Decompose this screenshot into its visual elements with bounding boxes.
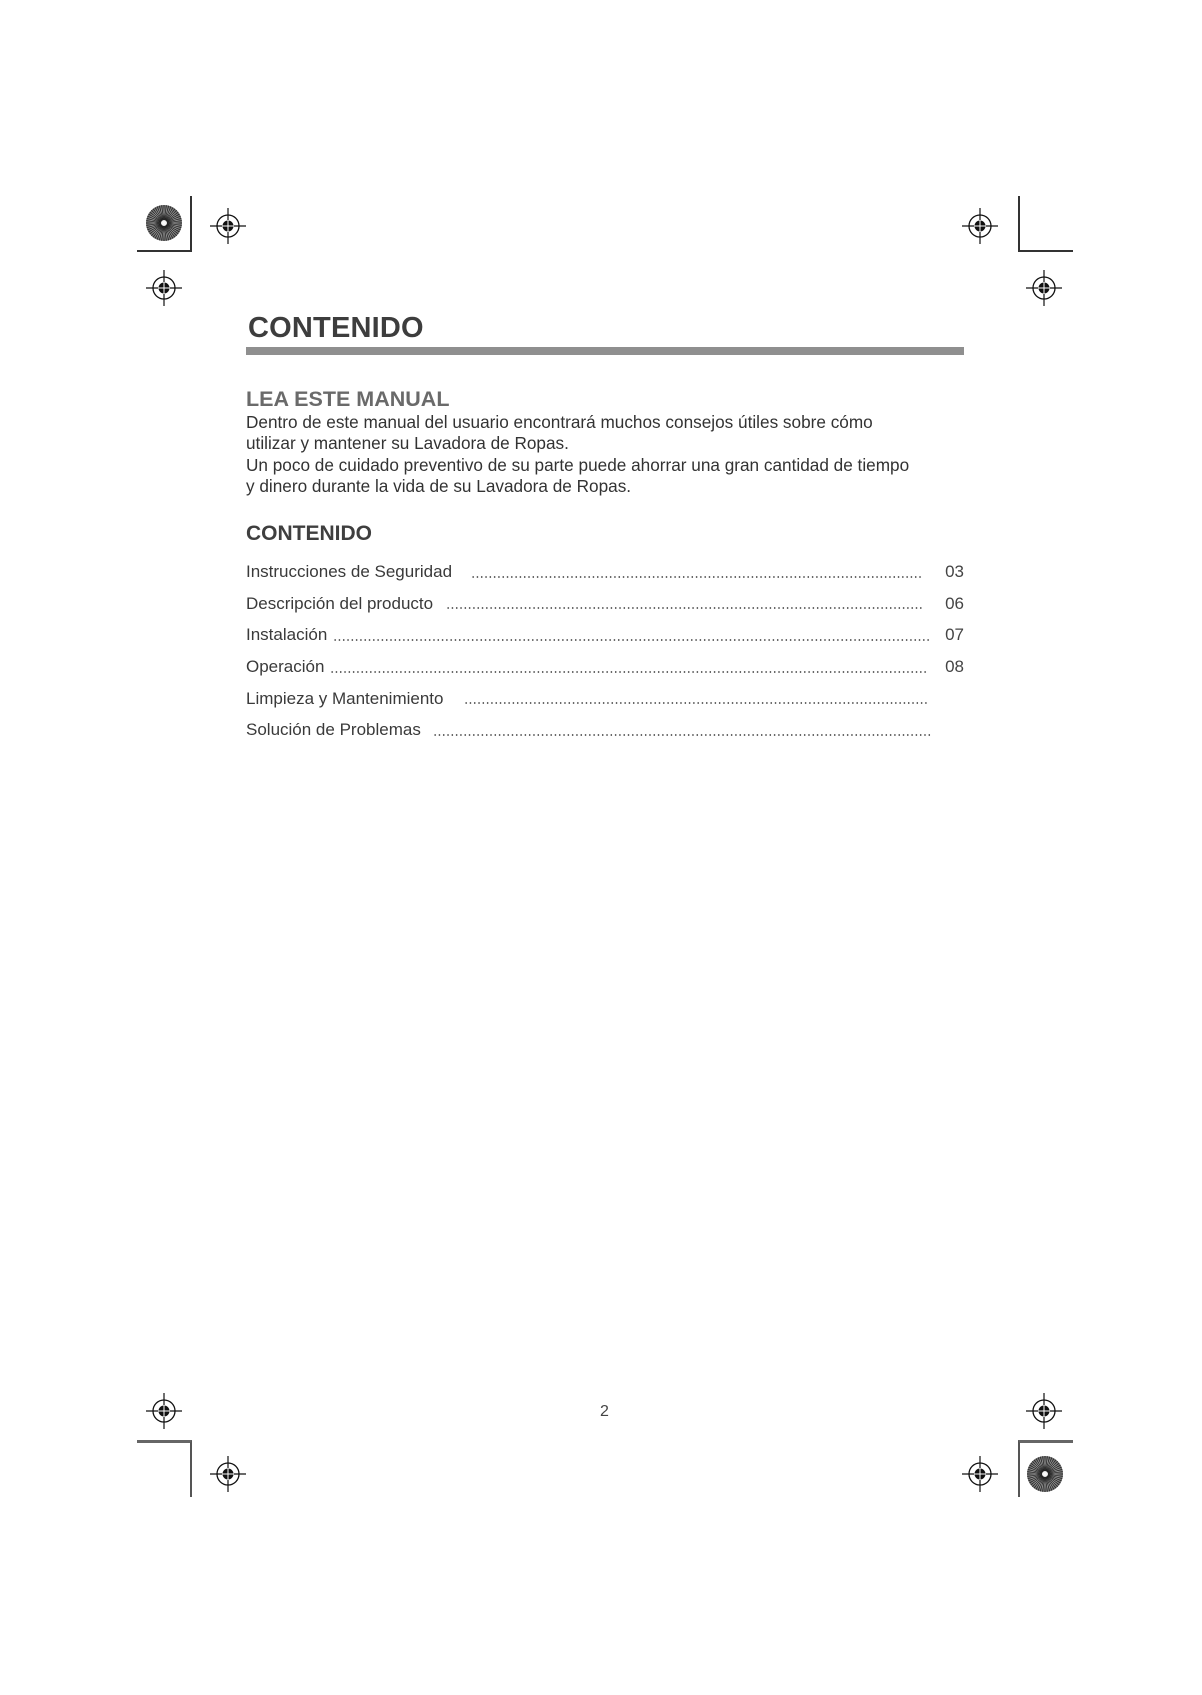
crosshair-target-icon <box>1026 270 1062 306</box>
toc-entry-page: 06 <box>945 594 964 614</box>
crop-mark-icon <box>137 1440 192 1497</box>
dot-leader <box>333 639 930 641</box>
toc-entry[interactable]: Solución de Problemas <box>246 714 966 746</box>
toc-entry-label: Instrucciones de Seguridad <box>246 562 455 582</box>
crosshair-target-icon <box>962 1456 998 1492</box>
page-number: 2 <box>600 1403 609 1421</box>
page-title: CONTENIDO <box>248 312 424 345</box>
dot-leader <box>446 607 923 609</box>
toc-entry[interactable]: Descripción del producto 06 <box>246 588 966 620</box>
dot-leader <box>471 576 923 578</box>
crosshair-target-icon <box>210 1456 246 1492</box>
toc-entry-label: Solución de Problemas <box>246 720 424 740</box>
table-of-contents: Instrucciones de Seguridad 03 Descripció… <box>246 556 966 746</box>
section-heading-contents: CONTENIDO <box>246 522 372 546</box>
crosshair-target-icon <box>146 270 182 306</box>
toc-entry-page: 08 <box>945 657 964 677</box>
intro-paragraph: Dentro de este manual del usuario encont… <box>246 412 966 497</box>
section-heading-read-manual: LEA ESTE MANUAL <box>246 387 449 412</box>
dot-leader <box>330 671 928 673</box>
toc-entry-page: 07 <box>945 625 964 645</box>
crosshair-target-icon <box>962 208 998 244</box>
crop-mark-icon <box>137 196 192 252</box>
crosshair-target-icon <box>1026 1393 1062 1429</box>
toc-entry-page: 03 <box>945 562 964 582</box>
dot-leader <box>433 734 931 736</box>
dot-leader <box>464 702 928 704</box>
toc-entry[interactable]: Instalación 07 <box>246 619 966 651</box>
title-divider <box>246 347 964 355</box>
crosshair-target-icon <box>210 208 246 244</box>
toc-entry-label: Limpieza y Mantenimiento <box>246 689 446 709</box>
crosshair-target-icon <box>146 1393 182 1429</box>
starburst-icon <box>1026 1455 1064 1493</box>
intro-line: utilizar y mantener su Lavadora de Ropas… <box>246 433 966 454</box>
toc-entry-label: Operación <box>246 657 327 677</box>
crop-mark-icon <box>1018 196 1073 252</box>
intro-line: y dinero durante la vida de su Lavadora … <box>246 476 966 497</box>
intro-line: Un poco de cuidado preventivo de su part… <box>246 455 966 476</box>
intro-line: Dentro de este manual del usuario encont… <box>246 412 966 433</box>
toc-entry-label: Descripción del producto <box>246 594 436 614</box>
toc-entry[interactable]: Operación 08 <box>246 651 966 683</box>
toc-entry[interactable]: Instrucciones de Seguridad 03 <box>246 556 966 588</box>
toc-entry[interactable]: Limpieza y Mantenimiento <box>246 683 966 715</box>
toc-entry-label: Instalación <box>246 625 330 645</box>
